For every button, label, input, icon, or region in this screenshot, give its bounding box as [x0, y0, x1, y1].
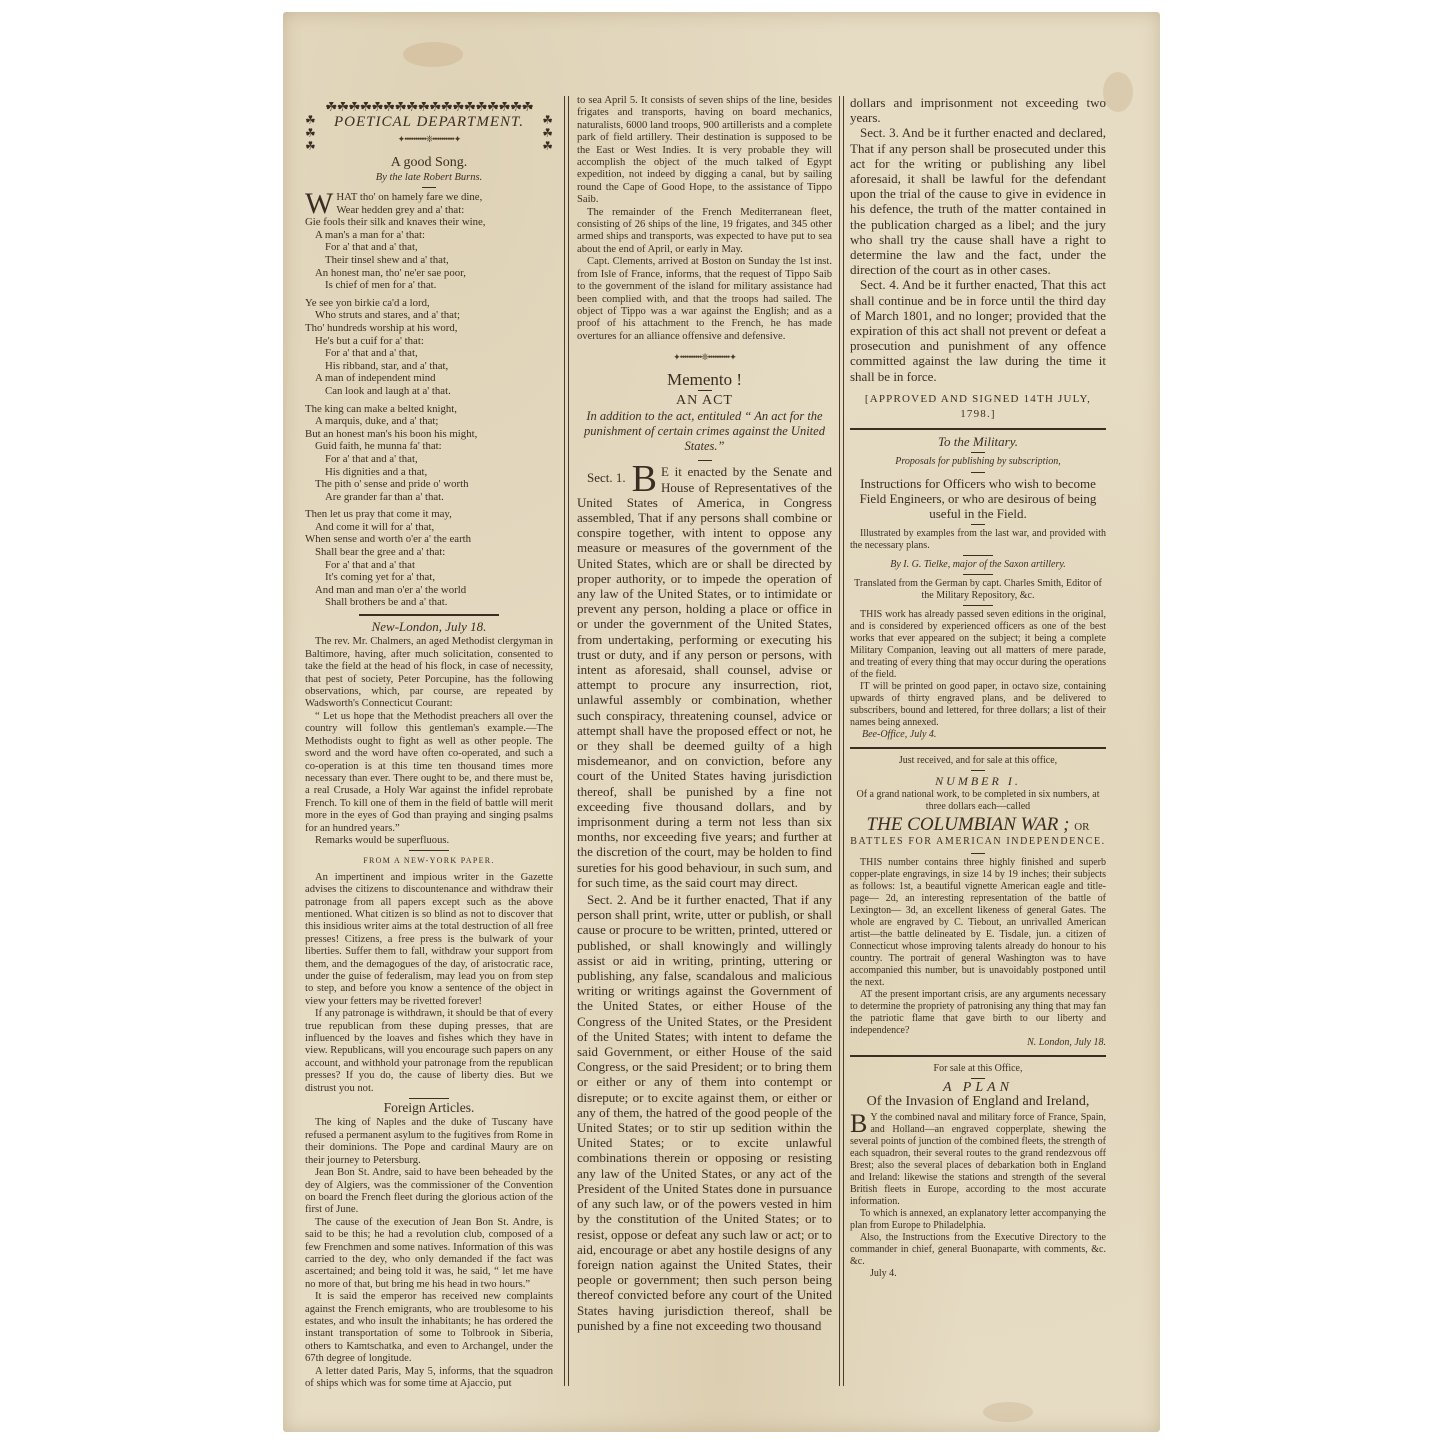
poem-line: And come it will for a' that,: [305, 521, 553, 534]
article-paragraph: It is said the emperor has received new …: [305, 1291, 553, 1365]
ad-text: Also, the Instructions from the Executiv…: [850, 1232, 1106, 1268]
poem-line: A man's a man for a' that:: [305, 229, 553, 242]
poem-line: Who struts and stares, and a' that;: [305, 309, 553, 322]
article-paragraph: An impertinent and impious writer in the…: [305, 872, 553, 1008]
poem-line: A man of independent mind: [305, 372, 553, 385]
ad-text: Illustrated by examples from the last wa…: [850, 528, 1106, 552]
foreign-articles-heading: Foreign Articles.: [305, 1102, 553, 1114]
poem-line: A marquis, duke, and a' that;: [305, 415, 553, 428]
column-1: ☘☘☘☘☘☘☘☘☘☘☘☘☘☘☘☘☘☘ ☘☘☘ ☘☘☘ POETICAL DEPA…: [305, 94, 553, 1390]
columbian-war-title: THE COLUMBIAN WAR ;: [867, 814, 1070, 835]
vine-ornament-icon: ☘☘☘☘☘☘☘☘☘☘☘☘☘☘☘☘☘☘: [319, 102, 539, 114]
poem-line: The king can make a belted knight,: [305, 403, 553, 416]
ad-title: A PLAN: [850, 1082, 1106, 1094]
poem: W HAT tho' on hamely fare we dine, Wear …: [305, 191, 553, 609]
approved-notice: [APPROVED AND SIGNED 14TH JULY, 1798.]: [850, 392, 1106, 422]
drop-cap: B: [850, 1113, 867, 1135]
song-title: A good Song.: [305, 157, 553, 169]
poem-line: For a' that and a' that: [305, 559, 553, 572]
poem-line: Ye see yon birkie ca'd a lord,: [305, 297, 553, 310]
article-paragraph: to sea April 5. It consists of seven shi…: [577, 95, 832, 207]
divider: [971, 770, 985, 771]
article-paragraph: If any patronage is withdrawn, it should…: [305, 1008, 553, 1095]
ad-text: B Y the combined naval and military forc…: [850, 1112, 1106, 1208]
poem-line: An honest man, tho' ne'er sae poor,: [305, 267, 553, 280]
section-2-text: Sect. 2. And be it further enacted, That…: [577, 892, 832, 1333]
divider: [971, 853, 985, 854]
title-or: OR: [1074, 821, 1089, 833]
paper-stain: [403, 42, 463, 67]
new-york-heading: FROM A NEW-YORK PAPER.: [305, 855, 553, 867]
column-2: to sea April 5. It consists of seven shi…: [577, 95, 832, 1333]
paper-stain: [983, 1402, 1033, 1422]
new-london-dateline: New-London, July 18.: [305, 621, 553, 633]
divider: [359, 614, 499, 616]
dinkus-ornament-icon: ✦••••••••••❈••••••••••✦: [319, 133, 539, 145]
poem-line: For a' that and a' that,: [305, 347, 553, 360]
poem-line: When sense and worth o'er a' the earth: [305, 533, 553, 546]
divider: [963, 605, 993, 606]
poem-line: Are grander far than a' that.: [305, 491, 553, 504]
columbian-war-advertisement: Just received, and for sale at this offi…: [850, 755, 1106, 1049]
act-subtitle: In addition to the act, entituled “ An a…: [577, 409, 832, 454]
poem-line: HAT tho' on hamely fare we dine,: [305, 191, 553, 204]
column-3: dollars and imprisonment not exceeding t…: [850, 95, 1106, 1280]
divider: [698, 460, 712, 461]
ad-text: THIS work has already passed seven editi…: [850, 609, 1106, 681]
ad-signature: Bee-Office, July 4.: [850, 729, 1106, 741]
ad-signature: N. London, July 18.: [850, 1037, 1106, 1049]
column-rule: [839, 96, 844, 1386]
poem-line: For a' that and a' that,: [305, 453, 553, 466]
poem-line: Tho' hundreds worship at his word,: [305, 322, 553, 335]
article-paragraph: Remarks would be superfluous.: [305, 835, 553, 847]
ad-text: THIS number contains three highly finish…: [850, 857, 1106, 989]
ad-text: AT the present important crisis, are any…: [850, 989, 1106, 1037]
ad-text: To which is annexed, an explanatory lett…: [850, 1208, 1106, 1232]
ad-signature: July 4.: [850, 1268, 1106, 1280]
ad-title: THE COLUMBIAN WAR ; OR: [850, 819, 1106, 833]
column-rule: [564, 96, 569, 1386]
article-paragraph: The cause of the execution of Jean Bon S…: [305, 1217, 553, 1291]
act-body: Sect. 1. B E it enacted by the Senate an…: [577, 464, 832, 1333]
divider: [409, 1098, 449, 1099]
memento-heading: Memento !: [577, 374, 832, 386]
poem-line: He's but a cuif for a' that:: [305, 335, 553, 348]
article-paragraph: Capt. Clements, arrived at Boston on Sun…: [577, 256, 832, 343]
ad-intro: For sale at this Office,: [850, 1063, 1106, 1075]
divider: [971, 524, 985, 525]
divider: [963, 574, 993, 575]
ad-author: By I. G. Tielke, major of the Saxon arti…: [850, 559, 1106, 571]
poem-line: Can look and laugh at a' that.: [305, 385, 553, 398]
ad-text: IT will be printed on good paper, in oct…: [850, 681, 1106, 729]
article-paragraph: The remainder of the French Mediterranea…: [577, 207, 832, 257]
poem-line: For a' that and a' that,: [305, 241, 553, 254]
poem-line: Is chief of men for a' that.: [305, 279, 553, 292]
ad-text: Of a grand national work, to be complete…: [850, 789, 1106, 813]
vine-ornament-icon: ☘☘☘: [305, 114, 316, 153]
military-advertisement: To the Military. Proposals for publishin…: [850, 436, 1106, 741]
vine-ornament-icon: ☘☘☘: [542, 114, 553, 153]
section-3-text: Sect. 3. And be it further enacted and d…: [850, 125, 1106, 277]
poem-stanza: Ye see yon birkie ca'd a lord, Who strut…: [305, 297, 553, 398]
article-paragraph: The rev. Mr. Chalmers, an aged Methodist…: [305, 636, 553, 710]
divider: [409, 850, 449, 851]
poem-line: His ribband, star, and a' that,: [305, 360, 553, 373]
divider: [850, 428, 1106, 430]
poetical-department-header: ☘☘☘☘☘☘☘☘☘☘☘☘☘☘☘☘☘☘ ☘☘☘ ☘☘☘ POETICAL DEPA…: [305, 94, 553, 151]
divider: [971, 452, 985, 453]
drop-cap: W: [305, 192, 333, 216]
divider: [971, 472, 985, 473]
poem-line: Shall bear the gree and a' that:: [305, 546, 553, 559]
act-title: AN ACT: [577, 395, 832, 407]
poem-stanza: W HAT tho' on hamely fare we dine, Wear …: [305, 191, 553, 292]
poem-line: But an honest man's his boon his might,: [305, 428, 553, 441]
ad-proposal: Proposals for publishing by subscription…: [850, 456, 1106, 468]
divider: [850, 747, 1106, 749]
ad-paragraph: Y the combined naval and military force …: [850, 1112, 1106, 1207]
ad-title: Instructions for Officers who wish to be…: [850, 476, 1106, 521]
act-continuation: dollars and imprisonment not exceeding t…: [850, 95, 1106, 125]
poem-line: And man and man o'er a' the world: [305, 584, 553, 597]
article-paragraph: A letter dated Paris, May 5, informs, th…: [305, 1366, 553, 1391]
ad-number: NUMBER I.: [850, 775, 1106, 787]
drop-cap: B: [632, 464, 657, 494]
ad-heading: To the Military.: [850, 436, 1106, 448]
divider: [963, 555, 993, 556]
department-title: POETICAL DEPARTMENT.: [319, 116, 539, 128]
poem-line: His dignities and a that,: [305, 466, 553, 479]
divider: [971, 1078, 985, 1079]
poem-line: It's coming yet for a' that,: [305, 571, 553, 584]
article-paragraph: “ Let us hope that the Methodist preache…: [305, 711, 553, 835]
divider: [698, 390, 712, 391]
ad-subtitle: BATTLES FOR AMERICAN INDEPENDENCE.: [850, 836, 1106, 848]
poem-line: Shall brothers be and a' that.: [305, 596, 553, 609]
ad-subtitle: Of the Invasion of England and Ireland,: [850, 1096, 1106, 1108]
poem-stanza: Then let us pray that come it may, And c…: [305, 508, 553, 609]
paper-stain: [1103, 72, 1133, 112]
poem-line: Then let us pray that come it may,: [305, 508, 553, 521]
article-paragraph: Jean Bon St. Andre, said to have been be…: [305, 1167, 553, 1217]
poem-line: Guid faith, he munna fa' that:: [305, 440, 553, 453]
act-body-continued: dollars and imprisonment not exceeding t…: [850, 95, 1106, 384]
divider: [850, 1055, 1106, 1057]
song-byline: By the late Robert Burns.: [305, 172, 553, 184]
dinkus-ornament-icon: ✦••••••••••❈••••••••••✦: [577, 351, 832, 363]
poem-stanza: The king can make a belted knight, A mar…: [305, 403, 553, 504]
poem-line: Their tinsel shew and a' that,: [305, 254, 553, 267]
poem-line: Wear hedden grey and a' that:: [305, 204, 553, 217]
section-1-text: E it enacted by the Senate and House of …: [577, 464, 832, 889]
ad-translator: Translated from the German by capt. Char…: [850, 578, 1106, 602]
divider: [422, 187, 436, 188]
article-paragraph: The king of Naples and the duke of Tusca…: [305, 1117, 553, 1167]
newspaper-page: ☘☘☘☘☘☘☘☘☘☘☘☘☘☘☘☘☘☘ ☘☘☘ ☘☘☘ POETICAL DEPA…: [283, 12, 1160, 1432]
poem-line: Gie fools their silk and knaves their wi…: [305, 216, 553, 229]
poem-line: The pith o' sense and pride o' worth: [305, 478, 553, 491]
invasion-plan-advertisement: For sale at this Office, A PLAN Of the I…: [850, 1063, 1106, 1280]
section-label: Sect. 1.: [587, 470, 626, 485]
ad-intro: Just received, and for sale at this offi…: [850, 755, 1106, 767]
section-4-text: Sect. 4. And be it further enacted, That…: [850, 277, 1106, 383]
